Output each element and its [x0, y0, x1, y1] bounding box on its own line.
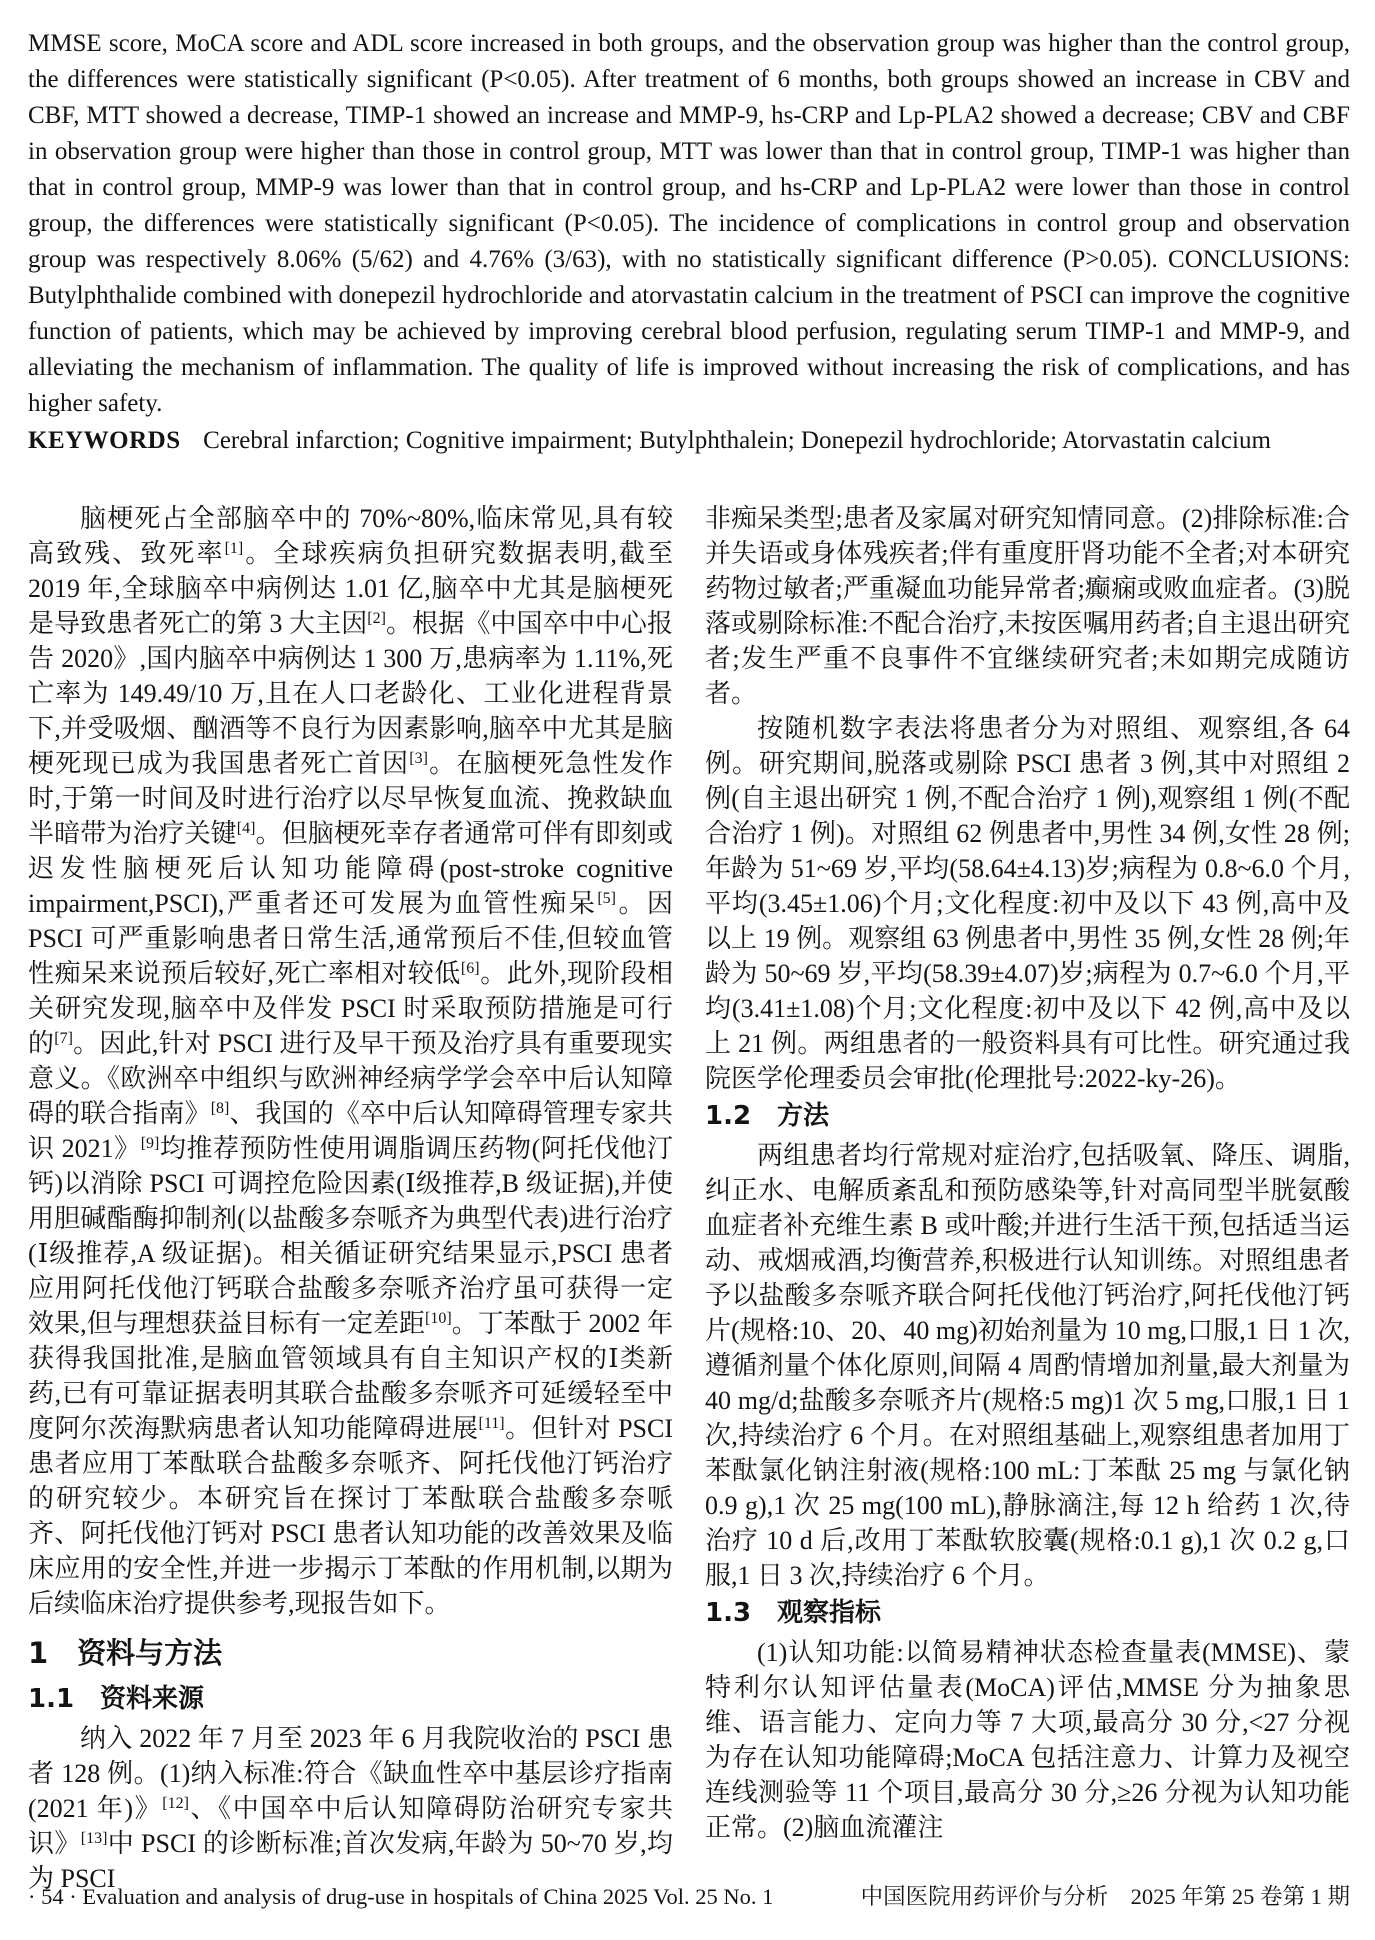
reference-marker: [12]	[162, 1795, 189, 1812]
reference-marker: [3]	[409, 750, 428, 767]
abstract-continuation-text: MMSE score, MoCA score and ADL score inc…	[28, 26, 1350, 422]
section-1-heading: 1 资料与方法	[28, 1634, 673, 1672]
left-column: 脑梗死占全部脑卒中的 70%~80%,临床常见,具有较高致残、致死率[1]。全球…	[28, 501, 673, 1896]
footer-right-journal-info: 中国医院用药评价与分析 2025 年第 25 卷第 1 期	[861, 1882, 1350, 1912]
inclusion-criteria-continuation-paragraph: 非痴呆类型;患者及家属对研究知情同意。(2)排除标准:合并失语或身体残疾者;伴有…	[705, 501, 1350, 711]
reference-marker: [13]	[81, 1830, 108, 1847]
reference-marker: [2]	[367, 610, 386, 627]
keywords-line: KEYWORDSCerebral infarction; Cognitive i…	[28, 422, 1350, 459]
section-1-3-paragraph: (1)认知功能:以简易精神状态检查量表(MMSE)、蒙特利尔认知评估量表(MoC…	[705, 1635, 1350, 1845]
section-1-2-paragraph: 两组患者均行常规对症治疗,包括吸氧、降压、调脂,纠正水、电解质紊乱和预防感染等,…	[705, 1138, 1350, 1593]
abstract-section: MMSE score, MoCA score and ADL score inc…	[28, 26, 1350, 459]
section-1-1-heading: 1.1 资料来源	[28, 1681, 673, 1717]
reference-marker: [10]	[425, 1310, 452, 1327]
reference-marker: [1]	[225, 540, 244, 557]
reference-marker: [7]	[54, 1030, 73, 1047]
intro-paragraph: 脑梗死占全部脑卒中的 70%~80%,临床常见,具有较高致残、致死率[1]。全球…	[28, 501, 673, 1621]
reference-marker: [5]	[597, 890, 616, 907]
page-footer: · 54 · Evaluation and analysis of drug-u…	[28, 1882, 1350, 1912]
reference-marker: [4]	[237, 820, 256, 837]
body-columns: 脑梗死占全部脑卒中的 70%~80%,临床常见,具有较高致残、致死率[1]。全球…	[28, 501, 1350, 1896]
right-column: 非痴呆类型;患者及家属对研究知情同意。(2)排除标准:合并失语或身体残疾者;伴有…	[705, 501, 1350, 1896]
keywords-text: Cerebral infarction; Cognitive impairmen…	[203, 427, 1271, 454]
journal-page: MMSE score, MoCA score and ADL score inc…	[0, 0, 1375, 1940]
keywords-label: KEYWORDS	[28, 427, 181, 454]
section-1-2-heading: 1.2 方法	[705, 1098, 1350, 1134]
footer-left-journal-info: · 54 · Evaluation and analysis of drug-u…	[28, 1882, 773, 1912]
reference-marker: [8]	[211, 1100, 230, 1117]
reference-marker: [9]	[141, 1135, 160, 1152]
reference-marker: [6]	[461, 960, 480, 977]
section-1-1-paragraph: 纳入 2022 年 7 月至 2023 年 6 月我院收治的 PSCI 患者 1…	[28, 1721, 673, 1896]
grouping-paragraph: 按随机数字表法将患者分为对照组、观察组,各 64 例。研究期间,脱落或剔除 PS…	[705, 711, 1350, 1096]
reference-marker: [11]	[479, 1415, 505, 1432]
section-1-3-heading: 1.3 观察指标	[705, 1595, 1350, 1631]
